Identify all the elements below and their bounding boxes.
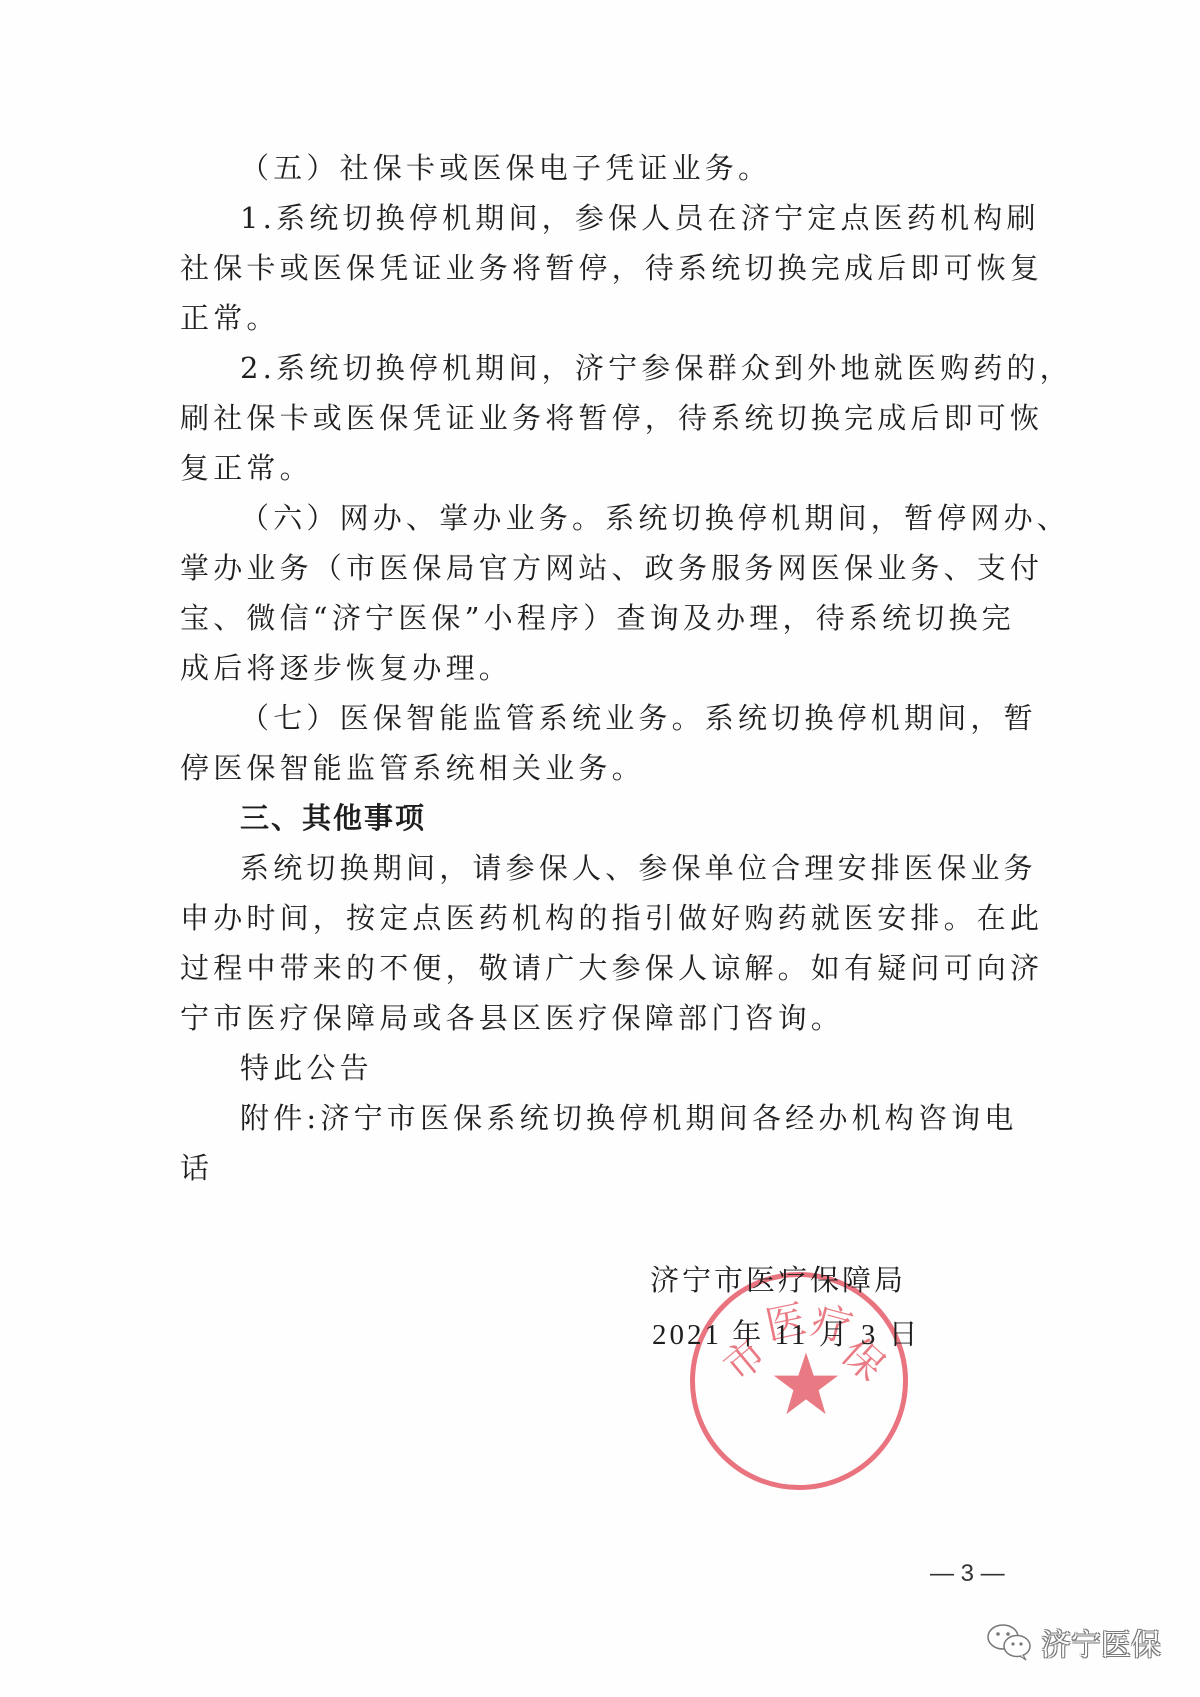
attachment-line: 附件:济宁市医保系统切换停机期间各经办机构咨询电	[240, 1098, 1018, 1138]
closing-announcement: 特此公告	[240, 1048, 373, 1088]
star-icon	[771, 1349, 841, 1419]
paragraph-line: 复正常。	[180, 448, 313, 488]
paragraph-line: 停医保智能监管系统相关业务。	[180, 748, 645, 788]
page-number: — 3 —	[930, 1560, 1005, 1588]
paragraph-line: 社保卡或医保凭证业务将暂停，待系统切换完成后即可恢复	[180, 248, 1043, 288]
watermark: 济宁医保	[985, 1620, 1161, 1664]
paragraph-line: 申办时间，按定点医药机构的指引做好购药就医安排。在此	[180, 898, 1043, 938]
section-heading-other: 三、其他事项	[240, 798, 426, 838]
paragraph-line: 过程中带来的不便，敬请广大参保人谅解。如有疑问可向济	[180, 948, 1043, 988]
watermark-text: 济宁医保	[1041, 1620, 1161, 1664]
attachment-line: 话	[180, 1148, 213, 1188]
paragraph-line: 成后将逐步恢复办理。	[180, 648, 512, 688]
paragraph-line: 系统切换期间，请参保人、参保单位合理安排医保业务	[240, 848, 1037, 888]
issue-date: 2021 年 11 月 3 日	[652, 1312, 921, 1353]
paragraph-line: 2.系统切换停机期间，济宁参保群众到外地就医购药的，	[240, 348, 1073, 388]
official-seal: 市 医 疗 保	[690, 1272, 908, 1490]
paragraph-line: 刷社保卡或医保凭证业务将暂停，待系统切换完成后即可恢	[180, 398, 1043, 438]
paragraph-line: 掌办业务（市医保局官方网站、政务服务网医保业务、支付	[180, 548, 1043, 588]
section-heading-7: （七）医保智能监管系统业务。系统切换停机期间，暂	[240, 698, 1037, 738]
paragraph-line: 宝、微信“济宁医保”小程序）查询及办理，待系统切换完	[180, 598, 1015, 638]
paragraph-line: 宁市医疗保障局或各县区医疗保障部门咨询。	[180, 998, 844, 1038]
issuing-organization: 济宁市医疗保障局	[650, 1258, 906, 1299]
paragraph-line: 1.系统切换停机期间，参保人员在济宁定点医药机构刷	[240, 198, 1040, 238]
document-page: （五）社保卡或医保电子凭证业务。 1.系统切换停机期间，参保人员在济宁定点医药机…	[0, 0, 1200, 1697]
section-heading-6: （六）网办、掌办业务。系统切换停机期间，暂停网办、	[240, 498, 1070, 538]
section-heading-5: （五）社保卡或医保电子凭证业务。	[240, 148, 771, 188]
wechat-icon	[985, 1622, 1033, 1662]
paragraph-line: 正常。	[180, 298, 280, 338]
